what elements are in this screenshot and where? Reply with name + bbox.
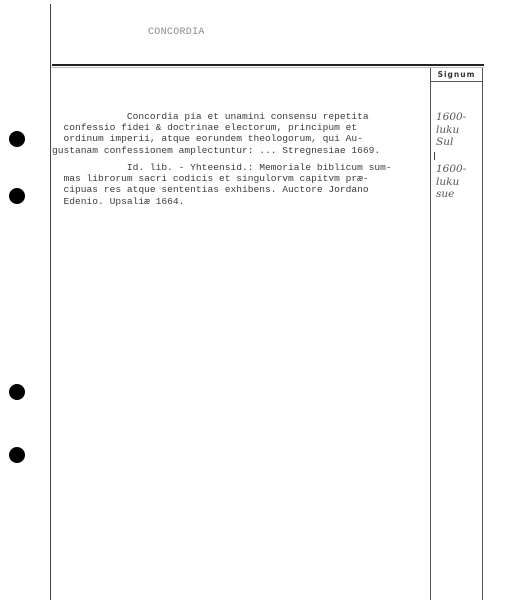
- signum-handwritten-note: 1600- luku sue: [436, 163, 466, 201]
- punch-hole: [9, 384, 25, 400]
- catalog-card: CONCORDIA Signum Concordia pia et unamin…: [0, 0, 507, 600]
- signum-column-header: Signum: [431, 68, 482, 81]
- note-line: luku: [436, 124, 459, 136]
- header-divider-thin: [52, 67, 484, 68]
- signum-column-left-rule: [430, 68, 431, 600]
- left-margin-rule: [50, 4, 51, 600]
- note-line: luku: [436, 176, 459, 188]
- entry-line: gustanam confessionem amplectuntur: ... …: [52, 145, 380, 156]
- entry-line: Id. lib. - Yhteensid.: Memoriale biblicu…: [52, 162, 392, 173]
- bracket-mark: [434, 152, 435, 160]
- entry-line: mas librorum sacri codicis et singulorvm…: [52, 173, 369, 184]
- catalog-entry: Concordia pia et unamini consensu repeti…: [52, 111, 380, 156]
- entry-line: ordinum imperii, atque eorundem theologo…: [52, 133, 363, 144]
- punch-hole: [9, 447, 25, 463]
- signum-handwritten-note: 1600- luku Sul: [436, 111, 466, 149]
- note-line: Sul: [436, 136, 453, 148]
- note-line: 1600-: [436, 111, 466, 123]
- punch-hole: [9, 188, 25, 204]
- signum-header-underline: [431, 81, 482, 82]
- header-divider: [52, 64, 484, 66]
- punch-hole: [9, 131, 25, 147]
- entry-line: cipuas res atque sententias exhibens. Au…: [52, 184, 369, 195]
- entry-line: Edenio. Upsaliæ 1664.: [52, 196, 184, 207]
- note-line: sue: [436, 188, 454, 200]
- catalog-entry: Id. lib. - Yhteensid.: Memoriale biblicu…: [52, 162, 392, 207]
- card-heading: CONCORDIA: [148, 27, 205, 38]
- note-line: 1600-: [436, 163, 466, 175]
- entry-line: Concordia pia et unamini consensu repeti…: [52, 111, 369, 122]
- entry-line: confessio fidei & doctrinae electorum, p…: [52, 122, 357, 133]
- signum-column-right-rule: [482, 68, 483, 600]
